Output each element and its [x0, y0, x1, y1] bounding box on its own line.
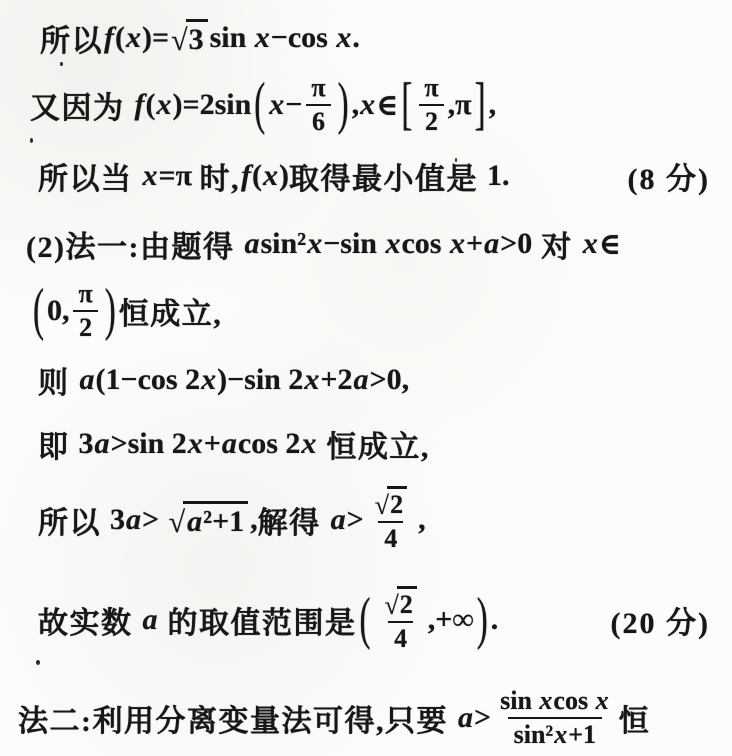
radical-icon: √ — [375, 493, 389, 519]
math-line-1: 所以f(x)=√3sin x−cos x. — [40, 14, 710, 62]
square-root: √a²+1 — [169, 501, 249, 539]
math-text: x — [142, 159, 159, 193]
math-text: f — [134, 88, 146, 122]
stretchy-fence: ] — [475, 76, 486, 135]
math-text: x — [335, 21, 352, 55]
radicand: 2 — [397, 586, 417, 620]
math-text: +2 — [320, 363, 352, 397]
math-text: x — [156, 88, 173, 122]
math-text: a — [221, 427, 238, 461]
math-text: a — [186, 505, 203, 539]
math-text: x — [449, 227, 466, 261]
radicand: 3 — [186, 19, 208, 57]
math-text: a — [125, 503, 142, 537]
scan-speckle — [60, 62, 63, 66]
scan-speckle — [36, 660, 40, 665]
fraction-numerator: √2 — [367, 486, 415, 521]
fraction-numerator: √2 — [377, 586, 425, 621]
math-text: 3 — [189, 23, 204, 57]
math-text: 3 — [79, 427, 94, 461]
math-text: (1−cos 2 — [96, 363, 201, 397]
math-text: x — [125, 21, 142, 55]
math-text: ( — [252, 159, 262, 193]
stretchy-fence: [ — [401, 76, 412, 135]
math-text: π — [79, 279, 93, 309]
math-text: ²+1 — [203, 505, 244, 539]
math-text: x — [254, 21, 271, 55]
math-line-10: 法二:利用分离变量法可得,只要 a>sin xcos xsin²x+1恒 — [18, 682, 710, 754]
math-text: sin² — [260, 227, 306, 261]
math-line-6: 则 a(1−cos 2x)−sin 2x+2a>0, — [38, 356, 710, 404]
fraction-denominator: 2 — [419, 104, 444, 137]
math-line-8: 所以 3a> √a²+1,解得 a>√24, — [38, 484, 710, 556]
cjk-text: 故实数 — [38, 598, 142, 642]
fraction-denominator: sin²x+1 — [508, 717, 602, 750]
radicand: a²+1 — [183, 501, 248, 539]
cjk-text: 所以 — [40, 16, 103, 60]
math-text: sin² — [514, 720, 554, 750]
math-text: 0, — [47, 294, 70, 328]
math-text: . — [352, 21, 360, 55]
math-text: ,π — [448, 88, 472, 122]
cjk-text: 时, — [200, 154, 241, 198]
stretchy-fence: ) — [477, 591, 488, 650]
math-text: −sin — [323, 227, 384, 261]
math-text: ) — [279, 159, 289, 193]
math-text: 4 — [384, 524, 397, 554]
cjk-text: 所以 — [38, 498, 110, 542]
math-text: , — [489, 88, 497, 122]
math-text: 2 — [400, 590, 413, 620]
math-text: 6 — [312, 107, 325, 137]
math-text: >0 — [500, 227, 532, 261]
math-text: cos 2 — [238, 427, 301, 461]
math-text: > — [474, 701, 491, 735]
math-text: sin — [210, 21, 254, 55]
math-text: , — [418, 503, 426, 537]
cjk-text: 又因为 — [30, 83, 134, 127]
math-text: a — [457, 701, 474, 735]
math-text: x — [595, 686, 610, 716]
radical-icon: √ — [169, 508, 185, 538]
radicand: 2 — [387, 486, 407, 520]
math-text: x — [359, 88, 376, 122]
radical-icon: √ — [171, 26, 187, 56]
math-text: > — [347, 503, 364, 537]
math-text: cos — [553, 686, 594, 716]
math-text: ∈ — [376, 88, 398, 123]
math-text: x — [303, 363, 320, 397]
math-text: =π — [159, 159, 200, 193]
score-label: (20 分) — [611, 598, 710, 642]
fraction: √24 — [377, 586, 425, 654]
math-text: a — [79, 363, 96, 397]
scan-speckle — [455, 158, 457, 162]
math-text: x — [582, 227, 599, 261]
fraction-denominator: 4 — [378, 521, 403, 554]
fraction-numerator: π — [418, 73, 444, 104]
math-text: x — [187, 427, 204, 461]
stretchy-fence: ( — [254, 76, 265, 135]
math-line-3: 所以当 x=π 时,f(x)取得最小值是 1.(8 分) — [38, 152, 710, 200]
stretchy-fence: ( — [360, 591, 371, 650]
fraction: π2 — [73, 279, 99, 343]
stretchy-fence: ) — [105, 282, 116, 341]
square-root: √2 — [385, 586, 417, 620]
math-text: a — [352, 363, 369, 397]
math-text: )−sin 2 — [217, 363, 303, 397]
math-text: . — [491, 603, 499, 637]
math-text: x — [262, 159, 279, 193]
math-text: − — [285, 88, 302, 122]
math-text: 2sin — [200, 88, 252, 122]
scan-speckle — [30, 138, 33, 143]
math-text: ,+∞ — [428, 603, 474, 637]
fraction-denominator: 6 — [306, 104, 331, 137]
cjk-text: 法二:利用分离变量法可得,只要 — [18, 696, 457, 740]
fraction-numerator: sin xcos x — [494, 686, 615, 717]
math-text: a — [483, 227, 500, 261]
math-text: π — [424, 73, 438, 103]
score-label: (8 分) — [628, 154, 710, 198]
fraction-denominator: 2 — [73, 310, 98, 343]
math-text: ( — [115, 21, 125, 55]
cjk-text: 的取值范围是 — [159, 598, 357, 642]
math-text: sin — [500, 686, 538, 716]
cjk-text: (2)法一:由题得 — [26, 222, 243, 266]
math-line-5: (0,π2)恒成立, — [30, 276, 710, 346]
math-text: 4 — [394, 624, 407, 654]
math-text: π — [311, 73, 325, 103]
math-text: x — [300, 427, 317, 461]
math-text: x — [268, 88, 285, 122]
cjk-text: 所以当 — [38, 154, 142, 198]
math-text: x — [200, 363, 217, 397]
math-text: a — [142, 603, 159, 637]
cjk-text: 则 — [38, 358, 79, 402]
fraction: π6 — [305, 73, 331, 137]
math-text: x — [384, 227, 401, 261]
cjk-text: 即 — [38, 422, 79, 466]
math-text: a — [330, 503, 347, 537]
math-text: a — [243, 227, 260, 261]
math-text: ∈ — [599, 227, 621, 262]
math-text: x — [306, 227, 323, 261]
math-text: >0, — [369, 363, 409, 397]
math-line-7: 即 3a>sin 2x+acos 2x 恒成立, — [38, 420, 710, 468]
fraction-numerator: π — [73, 279, 99, 310]
math-text: 1. — [487, 159, 510, 193]
math-text: 2 — [425, 107, 438, 137]
math-text: 2 — [79, 313, 92, 343]
math-text: x — [553, 720, 568, 750]
math-line-4: (2)法一:由题得 asin²x−sin xcos x+a>0 对 x∈ — [26, 220, 710, 268]
scanned-page: 所以f(x)=√3sin x−cos x. 又因为 f(x)=2sin(x−π6… — [0, 0, 732, 756]
math-text: )= — [173, 88, 200, 122]
math-text: > — [142, 503, 167, 537]
math-text: ( — [146, 88, 156, 122]
stretchy-fence: ( — [33, 282, 44, 341]
math-text: +1 — [568, 720, 596, 750]
math-text: f — [240, 159, 252, 193]
math-text: x — [538, 686, 553, 716]
cjk-text: 对 — [532, 222, 582, 266]
math-text: −cos — [271, 21, 336, 55]
math-text: >sin 2 — [111, 427, 187, 461]
fraction-numerator: π — [305, 73, 331, 104]
math-text: cos — [401, 227, 449, 261]
math-text: 3 — [110, 503, 125, 537]
radical-icon: √ — [385, 593, 399, 619]
cjk-text: 解得 — [258, 498, 330, 542]
math-line-2: 又因为 f(x)=2sin(x−π6),x∈[π2,π], — [30, 70, 710, 140]
math-text: , — [250, 503, 258, 537]
square-root: √2 — [375, 486, 407, 520]
cjk-text: 取得最小值是 — [289, 154, 487, 198]
math-text: , — [352, 88, 360, 122]
math-line-9: 故实数 a 的取值范围是(√24,+∞).(20 分) — [38, 580, 710, 660]
cjk-text: 恒成立, — [317, 422, 430, 466]
math-text: + — [204, 427, 221, 461]
square-root: √3 — [171, 19, 207, 57]
stretchy-fence: ) — [338, 76, 349, 135]
fraction: sin xcos xsin²x+1 — [494, 686, 615, 750]
math-text: a — [94, 427, 111, 461]
cjk-text: 恒 — [619, 696, 651, 740]
math-text: + — [466, 227, 483, 261]
math-text: )= — [142, 21, 169, 55]
math-text: f — [103, 21, 115, 55]
fraction: π2 — [418, 73, 444, 137]
fraction: √24 — [367, 486, 415, 554]
math-text: 2 — [390, 490, 403, 520]
cjk-text: 恒成立, — [119, 289, 223, 333]
fraction-denominator: 4 — [388, 621, 413, 654]
